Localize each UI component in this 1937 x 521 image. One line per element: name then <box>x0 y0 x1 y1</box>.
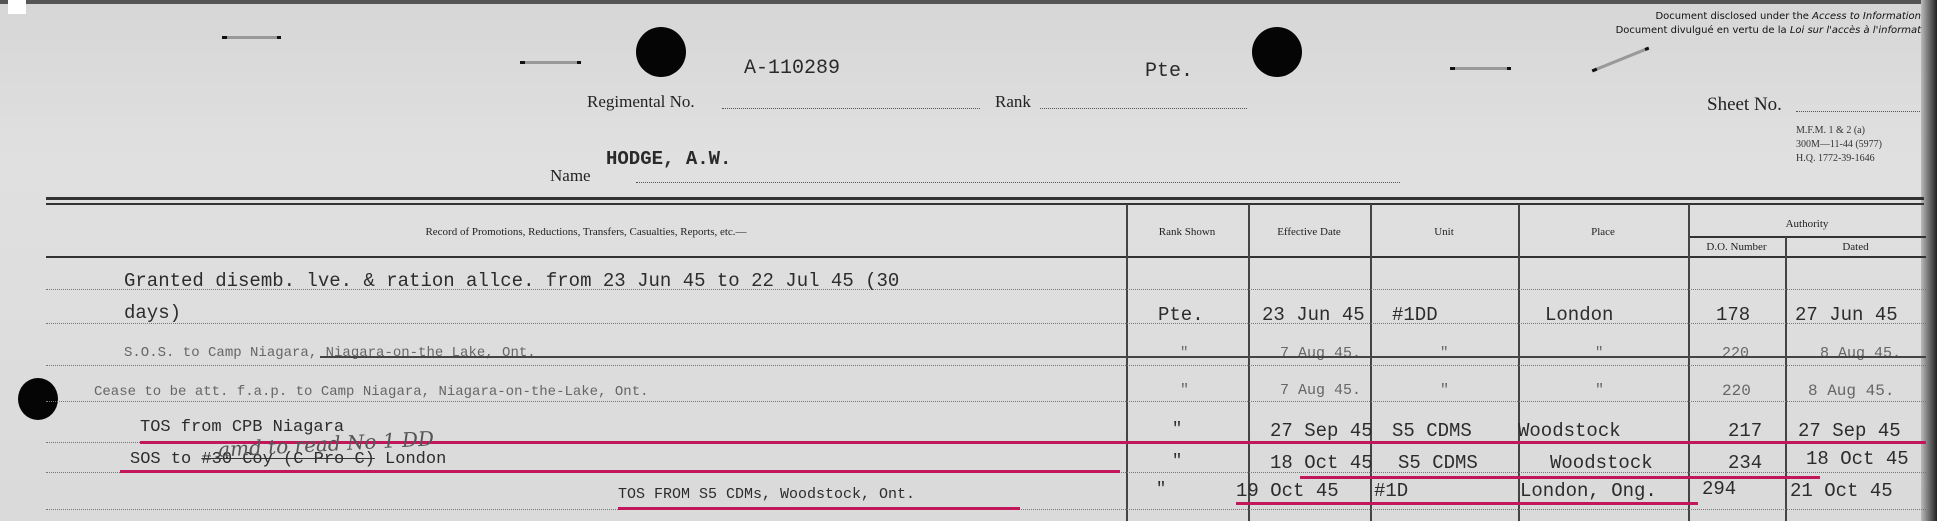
punch-hole-icon <box>18 378 58 420</box>
effective-date: 18 Oct 45 <box>1270 452 1373 474</box>
regimental-number-value: A-110289 <box>744 57 840 80</box>
name-field <box>636 182 1400 183</box>
name-value: HODGE, A.W. <box>606 148 731 170</box>
disclosure-stamp: Document disclosed under the Access to I… <box>1616 10 1921 38</box>
red-underline <box>120 470 1120 473</box>
dated: 8 Aug 45. <box>1820 345 1901 362</box>
row-rule <box>46 401 1926 402</box>
staple-mark-icon <box>520 61 581 64</box>
rank-shown: " <box>1172 452 1182 471</box>
header-record: Record of Promotions, Reductions, Transf… <box>46 226 1126 238</box>
form-ref-line: H.Q. 1772-39-1646 <box>1796 152 1882 166</box>
row-rule <box>46 365 1926 366</box>
sheet-number-label: Sheet No. <box>1707 94 1782 116</box>
record-text-cont: days) <box>124 302 181 324</box>
unit: S5 CDMS <box>1392 420 1472 442</box>
form-ref-line: M.F.M. 1 & 2 (a) <box>1796 124 1882 138</box>
unit: #1DD <box>1392 304 1438 326</box>
table-top-rule <box>46 197 1924 200</box>
do-number: 178 <box>1716 304 1750 326</box>
form-reference: M.F.M. 1 & 2 (a) 300M—11-44 (5977) H.Q. … <box>1796 124 1882 166</box>
header-dated: Dated <box>1785 241 1926 253</box>
staple-mark-icon <box>1450 67 1511 70</box>
staple-mark-icon <box>222 36 281 39</box>
rank-field <box>1040 108 1247 109</box>
punch-hole-icon <box>1252 27 1302 77</box>
rank-label: Rank <box>995 92 1031 112</box>
header-authority: Authority <box>1688 218 1926 230</box>
do-number: 220 <box>1722 382 1751 400</box>
rank-shown: Pte. <box>1158 304 1204 326</box>
name-label: Name <box>550 166 591 186</box>
place: Woodstock <box>1518 420 1621 442</box>
rank-value: Pte. <box>1145 60 1193 83</box>
column-divider <box>1126 204 1128 521</box>
red-underline <box>1300 476 1820 479</box>
place: London <box>1545 304 1613 326</box>
do-number: 217 <box>1728 420 1762 442</box>
do-number: 234 <box>1728 452 1762 474</box>
disclosure-line1: Document disclosed under the <box>1655 11 1812 22</box>
effective-date: 23 Jun 45 <box>1262 304 1365 326</box>
disclosure-act-fr: Loi sur l'accès à l'informat <box>1790 25 1921 36</box>
header-place: Place <box>1518 226 1688 238</box>
authority-sub-rule <box>1688 236 1926 238</box>
rank-shown: " <box>1180 382 1189 399</box>
disclosure-line2: Document divulgué en vertu de la <box>1616 25 1790 36</box>
row-rule <box>46 323 1926 324</box>
effective-date: 19 Oct 45 <box>1236 480 1339 502</box>
rank-shown: " <box>1172 420 1182 439</box>
scan-corner-mark <box>8 0 26 14</box>
dated: 8 Aug 45. <box>1808 382 1894 400</box>
unit: #1D <box>1374 480 1408 502</box>
record-text: TOS FROM S5 CDMs, Woodstock, Ont. <box>618 486 915 503</box>
column-divider <box>1518 204 1520 521</box>
header-unit: Unit <box>1370 226 1518 238</box>
unit: " <box>1440 345 1448 361</box>
dated: 21 Oct 45 <box>1790 480 1893 502</box>
rank-shown: " <box>1180 345 1188 361</box>
disclosure-act-en: Access to Information <box>1812 11 1921 22</box>
red-underline <box>1236 502 1698 505</box>
regimental-number-label: Regimental No. <box>587 92 695 112</box>
unit: " <box>1440 382 1449 399</box>
header-effective-date: Effective Date <box>1248 226 1370 238</box>
regimental-number-field <box>722 108 980 109</box>
dated: 18 Oct 45 <box>1806 448 1909 470</box>
dated: 27 Jun 45 <box>1795 304 1898 326</box>
effective-date: 7 Aug 45. <box>1280 382 1361 399</box>
record-text-part: SOS to <box>130 450 201 469</box>
do-number: 220 <box>1722 345 1749 362</box>
header-rank-shown: Rank Shown <box>1126 226 1248 238</box>
rank-shown: " <box>1156 480 1166 499</box>
dated: 27 Sep 45 <box>1798 420 1901 442</box>
place: London, Ong. <box>1520 480 1657 502</box>
strikethrough-line <box>320 356 1926 358</box>
record-text: Granted disemb. lve. & ration allce. fro… <box>124 270 899 292</box>
header-bottom-rule <box>46 256 1926 258</box>
sheet-number-field <box>1796 111 1920 112</box>
red-underline <box>618 507 1020 510</box>
do-number: 294 <box>1702 478 1736 500</box>
effective-date: 7 Aug 45. <box>1280 345 1361 362</box>
record-text: Cease to be att. f.a.p. to Camp Niagara,… <box>94 384 649 400</box>
unit: S5 CDMS <box>1398 452 1478 474</box>
place: Woodstock <box>1550 452 1653 474</box>
place: " <box>1595 345 1603 361</box>
effective-date: 27 Sep 45 <box>1270 420 1373 442</box>
punch-hole-icon <box>636 27 686 77</box>
column-divider <box>1248 204 1250 521</box>
table-top-rule <box>46 203 1924 205</box>
record-text: S.O.S. to Camp Niagara, Niagara-on-the L… <box>124 345 536 361</box>
form-ref-line: 300M—11-44 (5977) <box>1796 138 1882 152</box>
header-do-number: D.O. Number <box>1688 241 1785 253</box>
scan-top-edge <box>0 0 1937 4</box>
staple-mark-icon <box>1592 47 1650 73</box>
place: " <box>1595 382 1604 399</box>
